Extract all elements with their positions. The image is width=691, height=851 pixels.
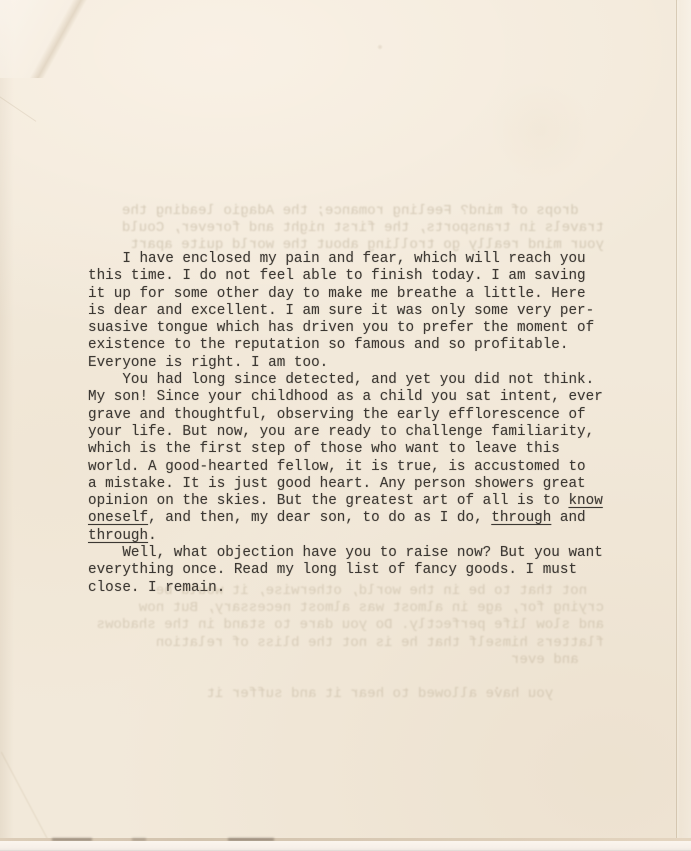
letter-text: My son! Since your childhood as a child … <box>88 389 603 405</box>
ghost-line <box>88 669 604 686</box>
page-corner-fold <box>0 0 170 78</box>
bleedthrough-text-lower: not that to be in the world, otherwise, … <box>88 583 604 703</box>
letter-text: which is the first step of those who wan… <box>88 441 560 457</box>
letter-text: . <box>148 528 157 544</box>
letter-line: close. I remain. <box>88 580 608 597</box>
underlined-text: through <box>88 528 148 544</box>
letter-line: is dear and excellent. I am sure it was … <box>88 303 608 320</box>
letter-text: and <box>551 510 585 526</box>
letter-text: grave and thoughtful, observing the earl… <box>88 407 586 423</box>
letter-text: it up for some other day to make me brea… <box>88 286 586 302</box>
paper-crease <box>1 752 54 850</box>
letter-text: Everyone is right. I am too. <box>88 355 328 371</box>
letter-line: I have enclosed my pain and fear, which … <box>88 251 608 268</box>
letter-line: it up for some other day to make me brea… <box>88 286 608 303</box>
letter-line: opinion on the skies. But the greatest a… <box>88 493 608 510</box>
letter-text: suasive tongue which has driven you to p… <box>88 320 594 336</box>
letter-text: existence to the reputation so famous an… <box>88 337 568 353</box>
letter-text: your life. But now, you are ready to cha… <box>88 424 594 440</box>
ghost-line: and slow life perfectly. Do you dare to … <box>88 617 604 634</box>
letter-line: grave and thoughtful, observing the earl… <box>88 407 608 424</box>
letter-line: through. <box>88 528 608 545</box>
ghost-line: and ever <box>88 652 604 669</box>
ghost-line: travels in transports, the first night a… <box>88 220 604 237</box>
letter-text: opinion on the skies. But the greatest a… <box>88 493 568 509</box>
scanner-background-strip <box>0 841 691 851</box>
letter-line: this time. I do not feel able to finish … <box>88 268 608 285</box>
paper-crease <box>0 95 36 122</box>
ghost-line: drops of mind? Feeling romance; the Adag… <box>88 203 604 220</box>
scanned-letter-page: drops of mind? Feeling romance; the Adag… <box>0 0 691 841</box>
letter-line: oneself, and then, my dear son, to do as… <box>88 510 608 527</box>
underlined-text: know <box>568 493 602 509</box>
letter-line: everything once. Read my long list of fa… <box>88 562 608 579</box>
letter-text: everything once. Read my long list of fa… <box>88 562 577 578</box>
bleedthrough-text-upper: drops of mind? Feeling romance; the Adag… <box>88 203 604 255</box>
letter-body-text: I have enclosed my pain and fear, which … <box>88 251 608 597</box>
letter-text: close. I remain. <box>88 580 225 596</box>
letter-line: Well, what objection have you to raise n… <box>88 545 608 562</box>
underlined-text: oneself <box>88 510 148 526</box>
ghost-line: crying for, age in almost was almost nec… <box>88 600 604 617</box>
letter-line: a mistake. It is just good heart. Any pe… <box>88 476 608 493</box>
letter-text: this time. I do not feel able to finish … <box>88 268 586 284</box>
letter-line: existence to the reputation so famous an… <box>88 337 608 354</box>
letter-line: My son! Since your childhood as a child … <box>88 389 608 406</box>
letter-line: Everyone is right. I am too. <box>88 355 608 372</box>
letter-text: Well, what objection have you to raise n… <box>88 545 603 561</box>
letter-line: which is the first step of those who wan… <box>88 441 608 458</box>
letter-text: , and then, my dear son, to do as I do, <box>148 510 491 526</box>
letter-text: a mistake. It is just good heart. Any pe… <box>88 476 586 492</box>
letter-text: world. A good-hearted fellow, it is true… <box>88 459 586 475</box>
underlined-text: through <box>491 510 551 526</box>
letter-text: I have enclosed my pain and fear, which … <box>88 251 586 267</box>
letter-line: world. A good-hearted fellow, it is true… <box>88 459 608 476</box>
letter-line: your life. But now, you are ready to cha… <box>88 424 608 441</box>
letter-text: is dear and excellent. I am sure it was … <box>88 303 594 319</box>
ghost-line: flatters himself that he is not the blis… <box>88 635 604 652</box>
letter-line: You had long since detected, and yet you… <box>88 372 608 389</box>
letter-line: suasive tongue which has driven you to p… <box>88 320 608 337</box>
letter-text: You had long since detected, and yet you… <box>88 372 594 388</box>
page-right-edge <box>676 0 677 841</box>
ghost-line: you have allowed to hear it and suffer i… <box>88 686 604 703</box>
